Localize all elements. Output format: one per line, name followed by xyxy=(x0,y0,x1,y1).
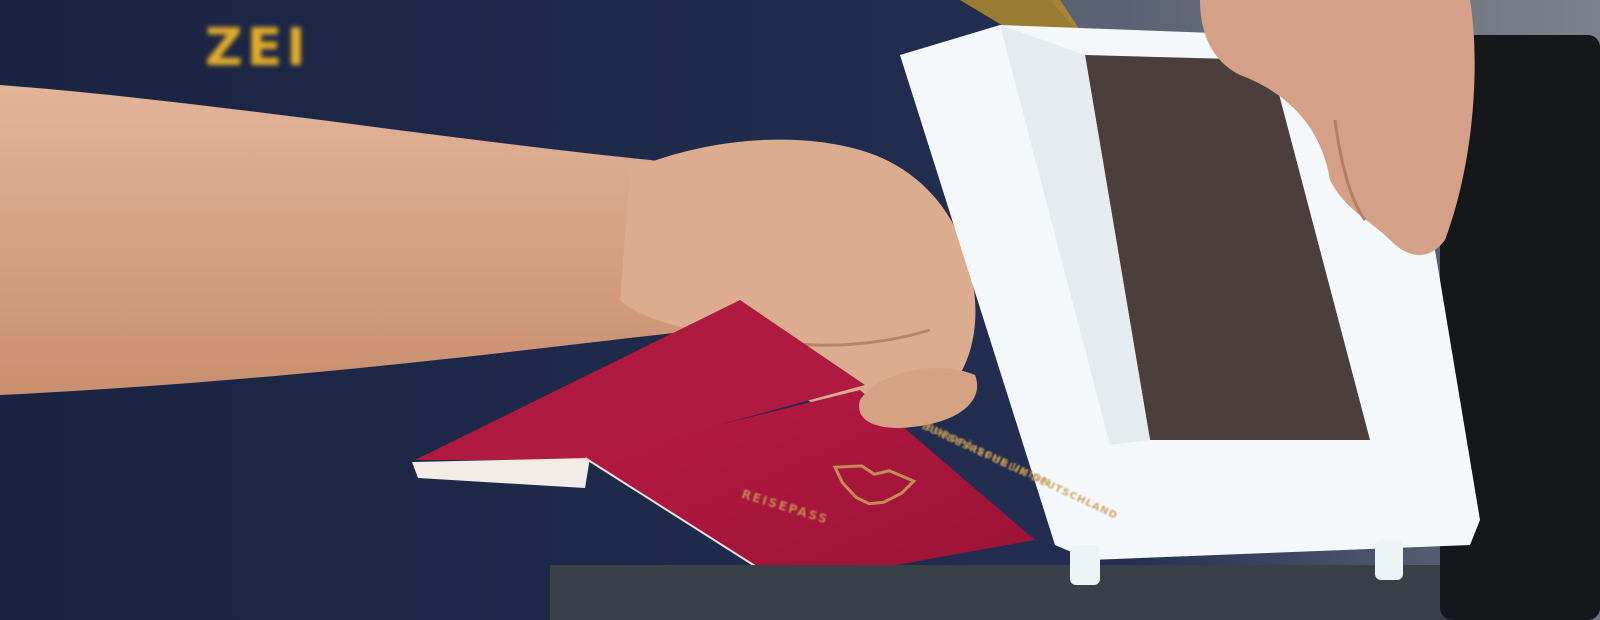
hinge-right xyxy=(1375,540,1403,580)
scanner-base xyxy=(550,565,1450,620)
photo-scene: ZEI REISEPASS EUROPÄISCHE UNION BUNDESRE… xyxy=(0,0,1600,620)
jacket-lettering: ZEI xyxy=(205,18,310,78)
scene-illustration xyxy=(0,0,1600,620)
hinge-left xyxy=(1070,545,1100,585)
